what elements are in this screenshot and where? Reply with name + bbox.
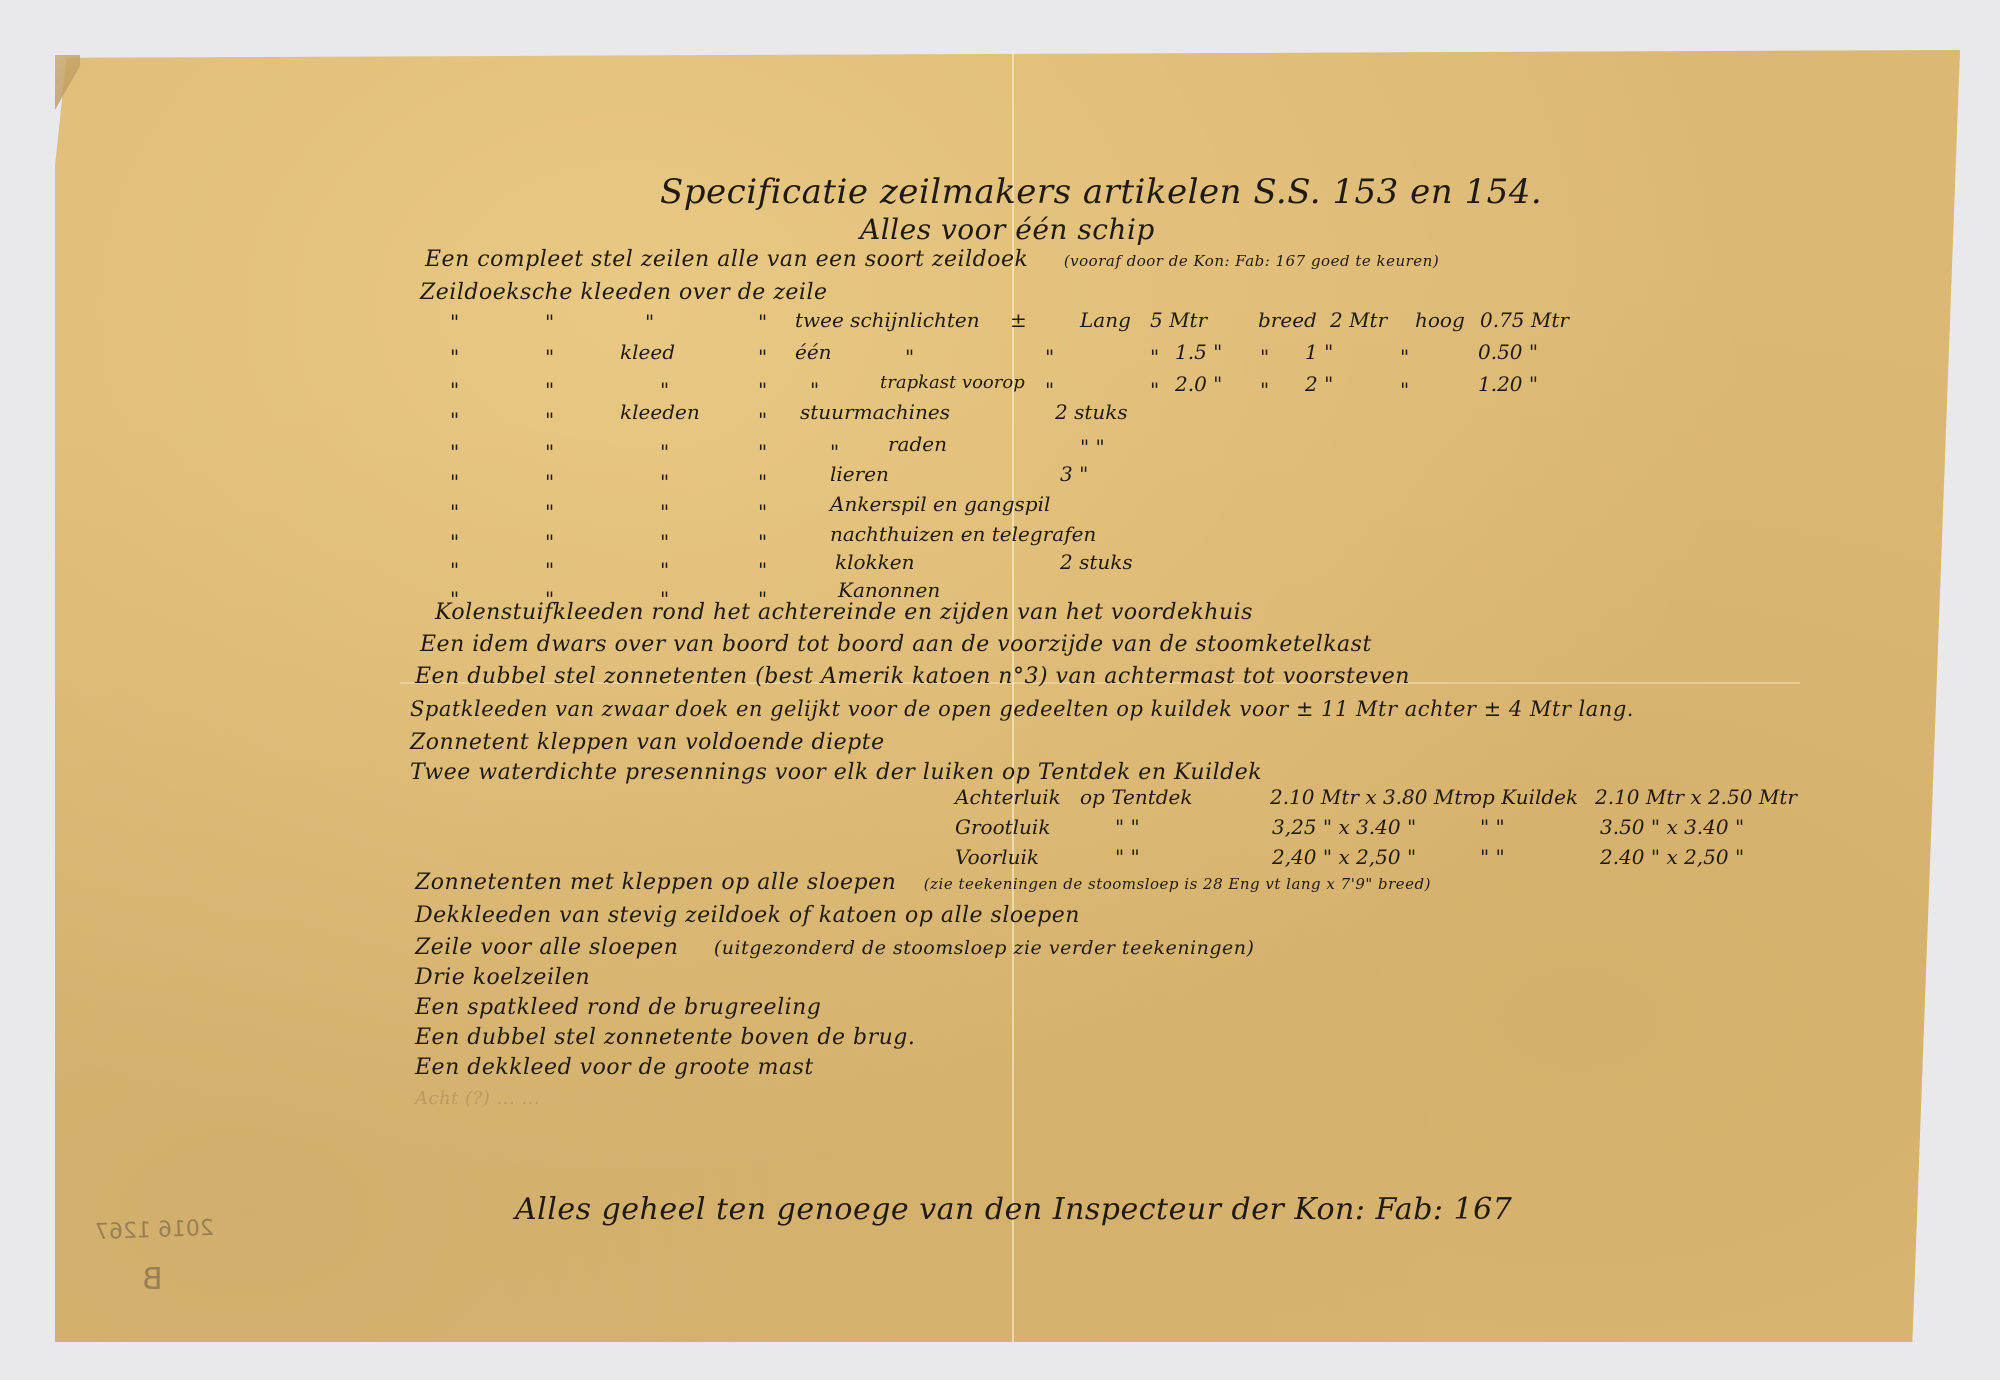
ditto-mark: ": [660, 530, 669, 554]
ditto-mark: ": [660, 440, 669, 464]
item-name: twee schijnlichten: [795, 308, 980, 332]
length-label: Lang: [1080, 308, 1131, 332]
line-zeile-sloepen: Zeile voor alle sloepen (uitgezonderd de…: [415, 935, 1254, 960]
document-subtitle: Alles voor één schip: [860, 213, 1155, 246]
length-value: 5 Mtr: [1150, 308, 1207, 332]
item-name: Kanonnen: [838, 578, 940, 602]
line-koelzeilen: Drie koelzeilen: [415, 965, 590, 990]
item-name: raden: [888, 432, 947, 456]
width-value: 2 ": [1305, 372, 1333, 396]
line-text: Zonnetenten met kleppen op alle sloepen: [415, 870, 896, 895]
plus-minus: ±: [1010, 308, 1027, 332]
deck-label: op Kuildek: [1470, 785, 1578, 809]
ditto-mark: ": [545, 558, 554, 582]
length-value: 2.0 ": [1175, 372, 1222, 396]
ditto-mark: ": [758, 470, 767, 494]
item-name: één: [795, 340, 832, 364]
hatch-name: Grootluik: [955, 815, 1050, 839]
item-qualifier: kleed: [620, 340, 675, 364]
width-value: 1 ": [1305, 340, 1333, 364]
hatch-dimensions: 3,25 " x 3.40 ": [1272, 815, 1416, 839]
length-value: 1.5 ": [1175, 340, 1222, 364]
line-dubbel-stel-zonnetenten: Een dubbel stel zonnetenten (best Amerik…: [415, 664, 1410, 689]
ditto-mark: ": [1150, 345, 1159, 369]
ditto-mark: ": [450, 440, 459, 464]
hatch-dimensions: 2,40 " x 2,50 ": [1272, 845, 1416, 869]
item-name: Ankerspil en gangspil: [830, 492, 1050, 516]
item-qualifier: kleeden: [620, 400, 700, 424]
width-value: 2 Mtr: [1330, 308, 1387, 332]
deck-label: " ": [1480, 845, 1505, 869]
ditto-mark: ": [450, 500, 459, 524]
line-text: Zeile voor alle sloepen: [415, 935, 678, 960]
line-idem-dwars: Een idem dwars over van boord tot boord …: [420, 632, 1372, 657]
height-value: 0.50 ": [1478, 340, 1538, 364]
item-name: stuurmachines: [800, 400, 950, 424]
ditto-mark: ": [545, 408, 554, 432]
ditto-mark: ": [545, 500, 554, 524]
line-note: (vooraf door de Kon: Fab: 167 goed te ke…: [1064, 252, 1439, 270]
ditto-mark: ": [660, 558, 669, 582]
ditto-mark: ": [1045, 345, 1054, 369]
item-name: lieren: [830, 462, 889, 486]
ditto-mark: ": [450, 345, 459, 369]
ditto-mark: ": [810, 378, 819, 402]
ditto-mark: ": [545, 530, 554, 554]
line-spatkleeden: Spatkleeden van zwaar doek en gelijkt vo…: [410, 697, 1634, 721]
quantity: 3 ": [1060, 462, 1088, 486]
line-sailcloth-covers: Zeildoeksche kleeden over de zeile: [420, 280, 828, 305]
quantity: 2 stuks: [1055, 400, 1128, 424]
quantity: " ": [1080, 435, 1105, 459]
ditto-mark: ": [758, 558, 767, 582]
line-waterdichte-presennings: Twee waterdichte presennings voor elk de…: [410, 760, 1262, 785]
ditto-mark: ": [645, 310, 654, 334]
ditto-mark: ": [758, 345, 767, 369]
hatch-dimensions: 2.40 " x 2,50 ": [1600, 845, 1744, 869]
ditto-mark: ": [450, 310, 459, 334]
ditto-mark: ": [758, 378, 767, 402]
hatch-dimensions: 2.10 Mtr x 2.50 Mtr: [1595, 785, 1797, 809]
ditto-mark: ": [545, 440, 554, 464]
pencil-reference-number: 2016 1267: [95, 1216, 215, 1245]
hatch-dimensions: 3.50 " x 3.40 ": [1600, 815, 1744, 839]
line-kolenstuifkleeden: Kolenstuifkleeden rond het achtereinde e…: [435, 600, 1253, 625]
item-name: trapkast voorop: [880, 372, 1025, 393]
ditto-mark: ": [450, 558, 459, 582]
ditto-mark: ": [1045, 378, 1054, 402]
line-note: (uitgezonderd de stoomsloep zie verder t…: [714, 937, 1255, 959]
ditto-mark: ": [1150, 378, 1159, 402]
ditto-mark: ": [1400, 378, 1409, 402]
quantity: 2 stuks: [1060, 550, 1133, 574]
height-value: 0.75 Mtr: [1480, 308, 1569, 332]
closing-statement: Alles geheel ten genoege van den Inspect…: [515, 1192, 1512, 1227]
line-dekkleed-mast: Een dekkleed voor de groote mast: [415, 1055, 814, 1080]
deck-label: " ": [1480, 815, 1505, 839]
line-zonnetente-brug: Een dubbel stel zonnetente boven de brug…: [415, 1025, 915, 1050]
ditto-mark: ": [660, 500, 669, 524]
ditto-mark: ": [758, 408, 767, 432]
document-title: Specificatie zeilmakers artikelen S.S. 1…: [660, 172, 1542, 212]
height-label: hoog: [1415, 308, 1465, 332]
line-dekkleeden-sloepen: Dekkleeden van stevig zeildoek of katoen…: [415, 903, 1080, 928]
ditto-mark: ": [1260, 378, 1269, 402]
height-value: 1.20 ": [1478, 372, 1538, 396]
ditto-mark: ": [660, 378, 669, 402]
ditto-mark: ": [905, 345, 914, 369]
item-name: klokken: [835, 550, 915, 574]
width-label: breed: [1258, 308, 1317, 332]
ditto-mark: ": [830, 440, 839, 464]
ditto-mark: ": [758, 310, 767, 334]
ditto-mark: ": [1400, 345, 1409, 369]
ditto-mark: ": [545, 310, 554, 334]
line-zonnetent-kleppen: Zonnetent kleppen van voldoende diepte: [410, 730, 885, 755]
erased-pencil-line: Acht (?) ... ...: [415, 1088, 540, 1109]
hatch-dimensions: 2.10 Mtr x 3.80 Mtr: [1270, 785, 1472, 809]
ditto-mark: ": [545, 378, 554, 402]
line-zonnetenten-sloepen: Zonnetenten met kleppen op alle sloepen …: [415, 870, 1431, 895]
line-complete-sail-set: Een compleet stel zeilen alle van een so…: [425, 247, 1439, 272]
ditto-mark: ": [1260, 345, 1269, 369]
item-name: nachthuizen en telegrafen: [830, 522, 1096, 546]
ditto-mark: ": [450, 470, 459, 494]
ditto-mark: ": [758, 440, 767, 464]
hatch-name: Achterluik: [955, 785, 1061, 809]
ditto-mark: ": [758, 530, 767, 554]
ditto-mark: ": [450, 378, 459, 402]
deck-label: op Tentdek: [1080, 785, 1193, 809]
pencil-letter-mark: B: [142, 1262, 163, 1297]
ditto-mark: ": [545, 470, 554, 494]
line-spatkleed-brugreeling: Een spatkleed rond de brugreeling: [415, 995, 821, 1020]
ditto-mark: ": [545, 345, 554, 369]
ditto-mark: ": [758, 500, 767, 524]
line-text: Een compleet stel zeilen alle van een so…: [425, 247, 1028, 272]
deck-label: " ": [1115, 845, 1140, 869]
hatch-name: Voorluik: [955, 845, 1039, 869]
ditto-mark: ": [450, 530, 459, 554]
ditto-mark: ": [450, 408, 459, 432]
line-note: (zie teekeningen de stoomsloep is 28 Eng…: [924, 875, 1431, 893]
deck-label: " ": [1115, 815, 1140, 839]
ditto-mark: ": [660, 470, 669, 494]
